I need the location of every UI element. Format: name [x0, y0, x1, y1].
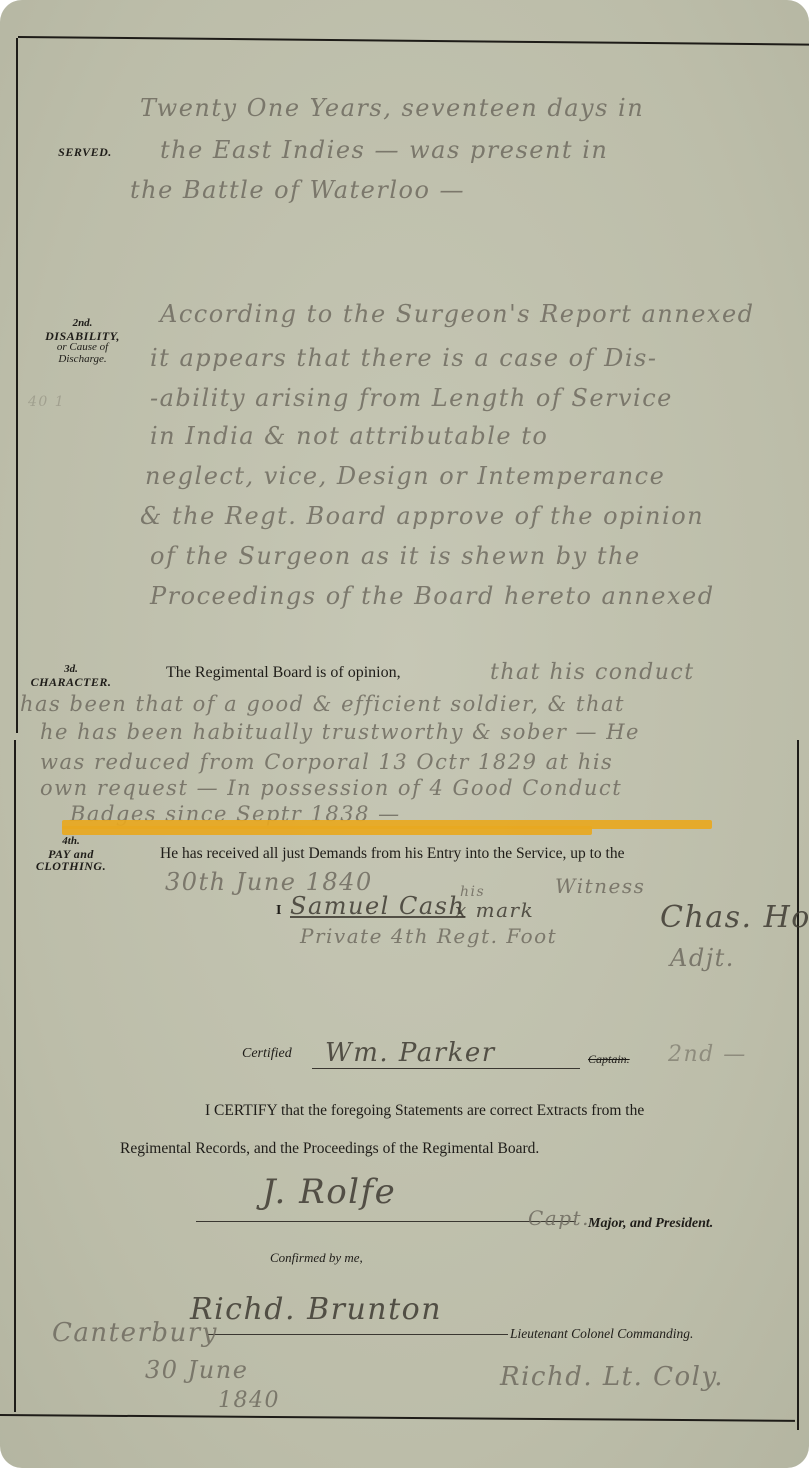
character-line-2: has been that of a good & efficient sold…: [20, 692, 625, 716]
character-line-4: was reduced from Corporal 13 Octr 1829 a…: [40, 750, 613, 774]
disability-line-7: of the Surgeon as it is shewn by the: [150, 542, 641, 570]
certificate-text-line-2: Regimental Records, and the Proceedings …: [120, 1140, 539, 1158]
president-signature: J. Rolfe: [262, 1172, 396, 1212]
confirmed-title: Lieutenant Colonel Commanding.: [510, 1326, 693, 1342]
certified-title: Captain.: [588, 1052, 630, 1067]
served-label: SERVED.: [40, 146, 130, 159]
bottom-signature: Richd. Lt. Coly.: [500, 1362, 724, 1392]
disability-label: 2nd. DISABILITY, or Cause of Discharge.: [20, 318, 145, 365]
certificate-text-line-1: I CERTIFY that the foregoing Statements …: [205, 1102, 644, 1120]
border-bottom: [0, 1414, 795, 1422]
character-line-3: he has been habitually trustworthy & sob…: [40, 720, 640, 744]
highlight-bar-lower: [62, 826, 592, 835]
disability-line-6: & the Regt. Board approve of the opinion: [140, 502, 704, 530]
document-page: SERVED. Twenty One Years, seventeen days…: [0, 0, 809, 1468]
character-line-1: that his conduct: [490, 660, 695, 685]
president-signature-line: [196, 1221, 576, 1222]
witness-label: Witness: [555, 874, 645, 898]
disability-line-5: neglect, vice, Design or Intemperance: [145, 462, 665, 490]
disability-line-4: in India & not attributable to: [150, 422, 548, 450]
served-line-1: Twenty One Years, seventeen days in: [140, 94, 644, 122]
soldier-signature: Samuel Cash: [290, 892, 465, 920]
certified-signature: Wm. Parker: [325, 1038, 496, 1068]
confirmed-place: Canterbury: [52, 1318, 218, 1348]
confirmed-signature-line: [208, 1334, 508, 1335]
signature-mark: x mark: [455, 898, 534, 922]
served-line-3: the Battle of Waterloo —: [130, 176, 465, 204]
border-top: [18, 36, 809, 46]
printed-i: I: [276, 903, 281, 919]
character-line-5: own request — In possession of 4 Good Co…: [40, 776, 622, 800]
character-label: 3d. CHARACTER.: [16, 664, 126, 688]
confirmed-date-line-1: 30 June: [145, 1356, 248, 1384]
confirmed-date-line-2: 1840: [218, 1388, 280, 1413]
border-right: [797, 740, 799, 1430]
border-left-upper: [16, 38, 18, 733]
confirmed-label: Confirmed by me,: [270, 1250, 363, 1266]
confirmed-signature: Richd. Brunton: [190, 1292, 442, 1327]
witness-title: Adjt.: [670, 944, 735, 972]
president-title: Major, and President.: [588, 1216, 713, 1232]
margin-note: 40 1: [28, 394, 65, 410]
disability-line-8: Proceedings of the Board hereto annexed: [150, 582, 715, 610]
witness-signature: Chas. Hoyle: [660, 900, 809, 935]
served-line-2: the East Indies — was present in: [160, 136, 608, 164]
character-printed-text: The Regimental Board is of opinion,: [166, 664, 401, 682]
disability-line-2: it appears that there is a case of Dis-: [150, 344, 657, 372]
certified-label: Certified: [242, 1046, 292, 1062]
pay-clothing-label: 4th. PAY and CLOTHING.: [6, 836, 136, 873]
certified-title-note: 2nd —: [668, 1042, 747, 1067]
disability-line-1: According to the Surgeon's Report annexe…: [160, 300, 755, 328]
president-note: Capt.: [528, 1206, 590, 1230]
pay-printed-text: He has received all just Demands from hi…: [160, 845, 624, 863]
certified-signature-line: [312, 1068, 580, 1069]
disability-line-3: -ability arising from Length of Service: [150, 384, 673, 412]
signature-below: Private 4th Regt. Foot: [300, 924, 557, 948]
